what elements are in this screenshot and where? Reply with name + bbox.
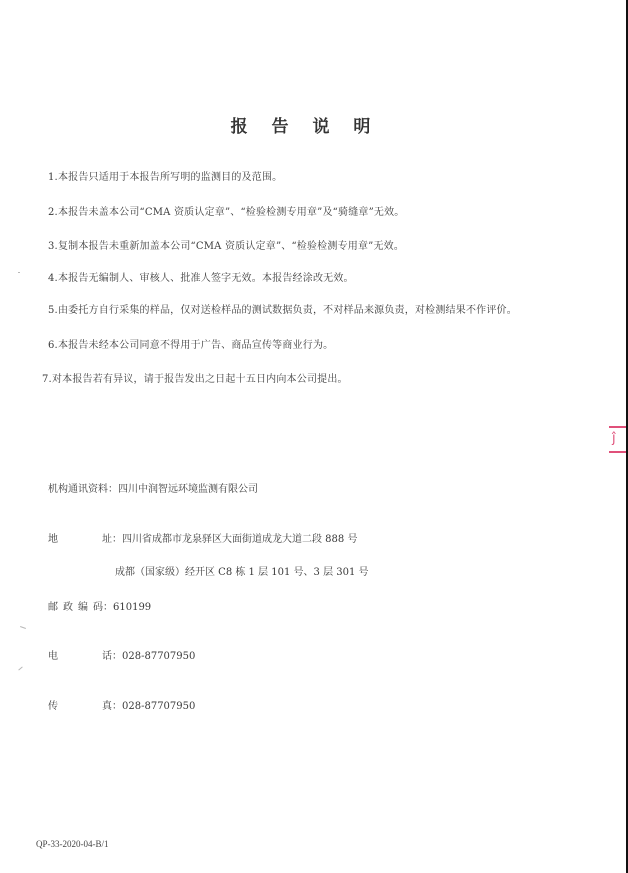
address-line-2: 成都（国家级）经开区 C8 栋 1 层 101 号、3 层 301 号 (115, 563, 369, 578)
clause-1: 1.本报告只适用于本报告所写明的监测目的及范围。 (48, 168, 282, 183)
document-page: ĵ 报 告 说 明 1.本报告只适用于本报告所写明的监测目的及范围。 2.本报告… (0, 0, 628, 873)
scan-speck (20, 626, 26, 629)
phone-label-char-1: 电 (48, 647, 102, 662)
fax-line: 传真：028-87707950 (48, 697, 195, 712)
document-code: QP-33-2020-04-B/1 (36, 839, 109, 849)
fax-value: 028-87707950 (122, 701, 195, 712)
postal-label-char-1: 邮 (48, 602, 63, 613)
clause-3: 3.复制本报告未重新加盖本公司“CMA 资质认定章”、“检验检测专用章”无效。 (48, 237, 404, 252)
org-info-label: 机构通讯资料： (48, 484, 118, 495)
seal-stamp-edge: ĵ (609, 426, 626, 454)
fax-label-char-2: 真： (102, 701, 122, 712)
address-value-line2: 成都（国家级）经开区 C8 栋 1 层 101 号、3 层 301 号 (115, 567, 369, 578)
address-label-char-1: 地 (48, 530, 102, 545)
postal-label-char-2: 政 (63, 602, 78, 613)
org-info-line: 机构通讯资料：四川中润智远环境监测有限公司 (48, 480, 258, 495)
address-line-1: 地址：四川省成都市龙泉驿区大面街道成龙大道二段 888 号 (48, 530, 357, 545)
phone-label-char-2: 话： (102, 651, 122, 662)
stamp-glyph: ĵ (612, 431, 616, 446)
page-title: 报 告 说 明 (0, 112, 610, 137)
clause-5: 5.由委托方自行采集的样品，仅对送检样品的测试数据负责，不对样品来源负责，对检测… (48, 301, 517, 316)
scan-speck (18, 667, 22, 671)
phone-line: 电话：028-87707950 (48, 647, 195, 662)
org-info-value: 四川中润智远环境监测有限公司 (118, 484, 258, 495)
stamp-line-bottom (609, 451, 626, 453)
address-label-char-2: 址： (102, 534, 122, 545)
clause-4: 4.本报告无编制人、审核人、批准人签字无效。本报告经涂改无效。 (48, 269, 354, 284)
postal-label-char-3: 编 (78, 602, 93, 613)
phone-value: 028-87707950 (122, 651, 195, 662)
clause-2: 2.本报告未盖本公司“CMA 资质认定章”、“检验检测专用章”及“骑缝章”无效。 (48, 203, 405, 218)
clause-7: 7.对本报告若有异议，请于报告发出之日起十五日内向本公司提出。 (42, 370, 348, 385)
stamp-line-top (609, 426, 626, 428)
clause-6: 6.本报告未经本公司同意不得用于广告、商品宣传等商业行为。 (48, 336, 333, 351)
postal-label-char-4: 码： (93, 602, 113, 613)
postal-code-line: 邮政编码：610199 (48, 598, 151, 613)
scan-speck (18, 272, 20, 273)
postal-code-value: 610199 (113, 602, 151, 613)
postal-code-label: 邮政编 (48, 598, 93, 613)
fax-label-char-1: 传 (48, 697, 102, 712)
address-value-line1: 四川省成都市龙泉驿区大面街道成龙大道二段 888 号 (122, 534, 357, 545)
